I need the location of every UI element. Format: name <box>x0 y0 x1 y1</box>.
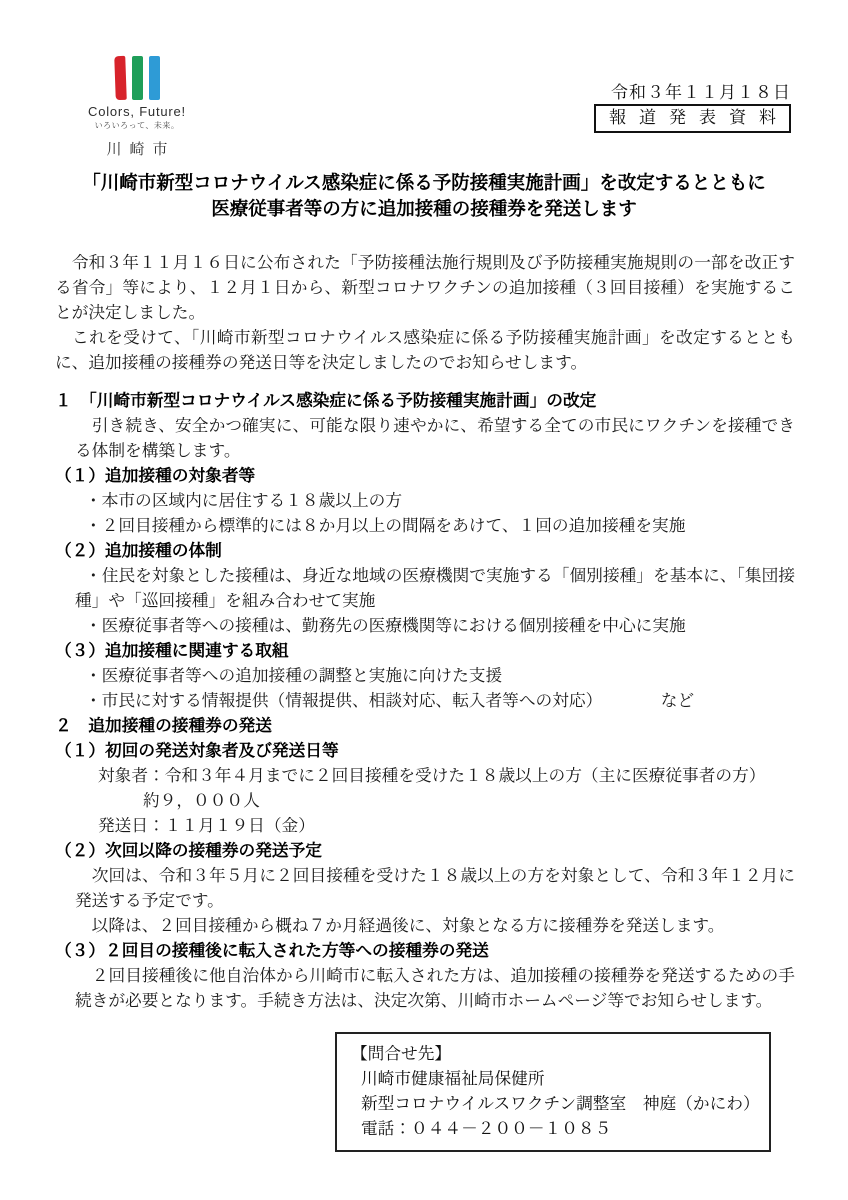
contact-phone: 電話：０４４－２００－１０８５ <box>351 1116 759 1141</box>
press-release-stamp: 報道発表資料 <box>594 104 791 133</box>
release-date: 令和３年１１月１８日 <box>611 78 791 103</box>
first-shipping-date: 発送日：１１月１９日（金） <box>55 813 795 838</box>
document-title: 「川崎市新型コロナウイルス感染症に係る予防接種実施計画」を改定するとともに 医療… <box>0 170 848 222</box>
intro-paragraph-2: これを受けて、「川崎市新型コロナウイルス感染症に係る予防接種実施計画」を改定する… <box>55 325 795 375</box>
first-shipping-target: 対象者：令和３年４月までに２回目接種を受けた１８歳以上の方（主に医療従事者の方） <box>55 763 795 788</box>
section-1-3-heading: （３）追加接種に関連する取組 <box>55 638 795 663</box>
section-1-heading: １ 「川崎市新型コロナウイルス感染症に係る予防接種実施計画」の改定 <box>55 388 795 413</box>
contact-organization: 川崎市健康福祉局保健所 <box>351 1066 759 1091</box>
section-2-1-heading: （１）初回の発送対象者及び発送日等 <box>55 738 795 763</box>
list-item: ・市民に対する情報提供（情報提供、相談対応、転入者等への対応） など <box>55 688 795 713</box>
logo-tagline-text: いろいろって、未来。 <box>60 120 214 131</box>
list-item: ・本市の区域内に居住する１８歳以上の方 <box>55 488 795 513</box>
next-shipping-paragraph-2: 以降は、２回目接種から概ね７か月経過後に、対象となる方に接種券を発送します。 <box>55 913 795 938</box>
logo-brand-text: Colors, Future! <box>60 104 214 119</box>
list-item: ・２回目接種から標準的には８か月以上の間隔をあけて、１回の追加接種を実施 <box>55 513 795 538</box>
logo-bar-red-icon <box>114 56 127 100</box>
contact-department: 新型コロナウイルスワクチン調整室 神庭（かにわ） <box>351 1091 759 1116</box>
document-title-line2: 医療従事者等の方に追加接種の接種券を発送します <box>0 196 848 222</box>
section-1-1-heading: （１）追加接種の対象者等 <box>55 463 795 488</box>
intro-paragraphs: 令和３年１１月１６日に公布された「予防接種法施行規則及び予防接種実施規則の一部を… <box>55 250 795 375</box>
logo-bar-blue-icon <box>149 56 160 100</box>
section-1-2-heading: （２）追加接種の体制 <box>55 538 795 563</box>
logo-bars-icon <box>60 56 214 100</box>
list-item: ・医療従事者等への追加接種の調整と実施に向けた支援 <box>55 663 795 688</box>
intro-paragraph-1: 令和３年１１月１６日に公布された「予防接種法施行規則及び予防接種実施規則の一部を… <box>55 250 795 325</box>
document-title-line1: 「川崎市新型コロナウイルス感染症に係る予防接種実施計画」を改定するとともに <box>0 170 848 196</box>
contact-box: 【問合せ先】 川崎市健康福祉局保健所 新型コロナウイルスワクチン調整室 神庭（か… <box>335 1032 771 1152</box>
transferee-paragraph: ２回目接種後に他自治体から川崎市に転入された方は、追加接種の接種券を発送するため… <box>55 963 795 1013</box>
list-item: ・医療従事者等への接種は、勤務先の医療機関等における個別接種を中心に実施 <box>55 613 795 638</box>
next-shipping-paragraph-1: 次回は、令和３年５月に２回目接種を受けた１８歳以上の方を対象として、令和３年１２… <box>55 863 795 913</box>
section-1-plan-revision: １ 「川崎市新型コロナウイルス感染症に係る予防接種実施計画」の改定 引き続き、安… <box>55 388 795 713</box>
section-2-voucher-shipping: ２ 追加接種の接種券の発送 （１）初回の発送対象者及び発送日等 対象者：令和３年… <box>55 713 795 1013</box>
section-2-2-heading: （２）次回以降の接種券の発送予定 <box>55 838 795 863</box>
section-2-3-heading: （３）２回目の接種後に転入された方等への接種券の発送 <box>55 938 795 963</box>
list-item: ・住民を対象とした接種は、身近な地域の医療機関で実施する「個別接種」を基本に、「… <box>55 563 795 613</box>
logo-city-name: 川崎市 <box>60 138 214 159</box>
press-release-page: Colors, Future! いろいろって、未来。 川崎市 令和３年１１月１８… <box>0 0 848 1200</box>
first-shipping-count: 約９，０００人 <box>55 788 795 813</box>
logo-bar-green-icon <box>132 56 143 100</box>
section-2-heading: ２ 追加接種の接種券の発送 <box>55 713 795 738</box>
kawasaki-city-logo: Colors, Future! いろいろって、未来。 川崎市 <box>60 56 214 159</box>
section-1-lead: 引き続き、安全かつ確実に、可能な限り速やかに、希望する全ての市民にワクチンを接種… <box>55 413 795 463</box>
contact-title: 【問合せ先】 <box>351 1041 759 1066</box>
